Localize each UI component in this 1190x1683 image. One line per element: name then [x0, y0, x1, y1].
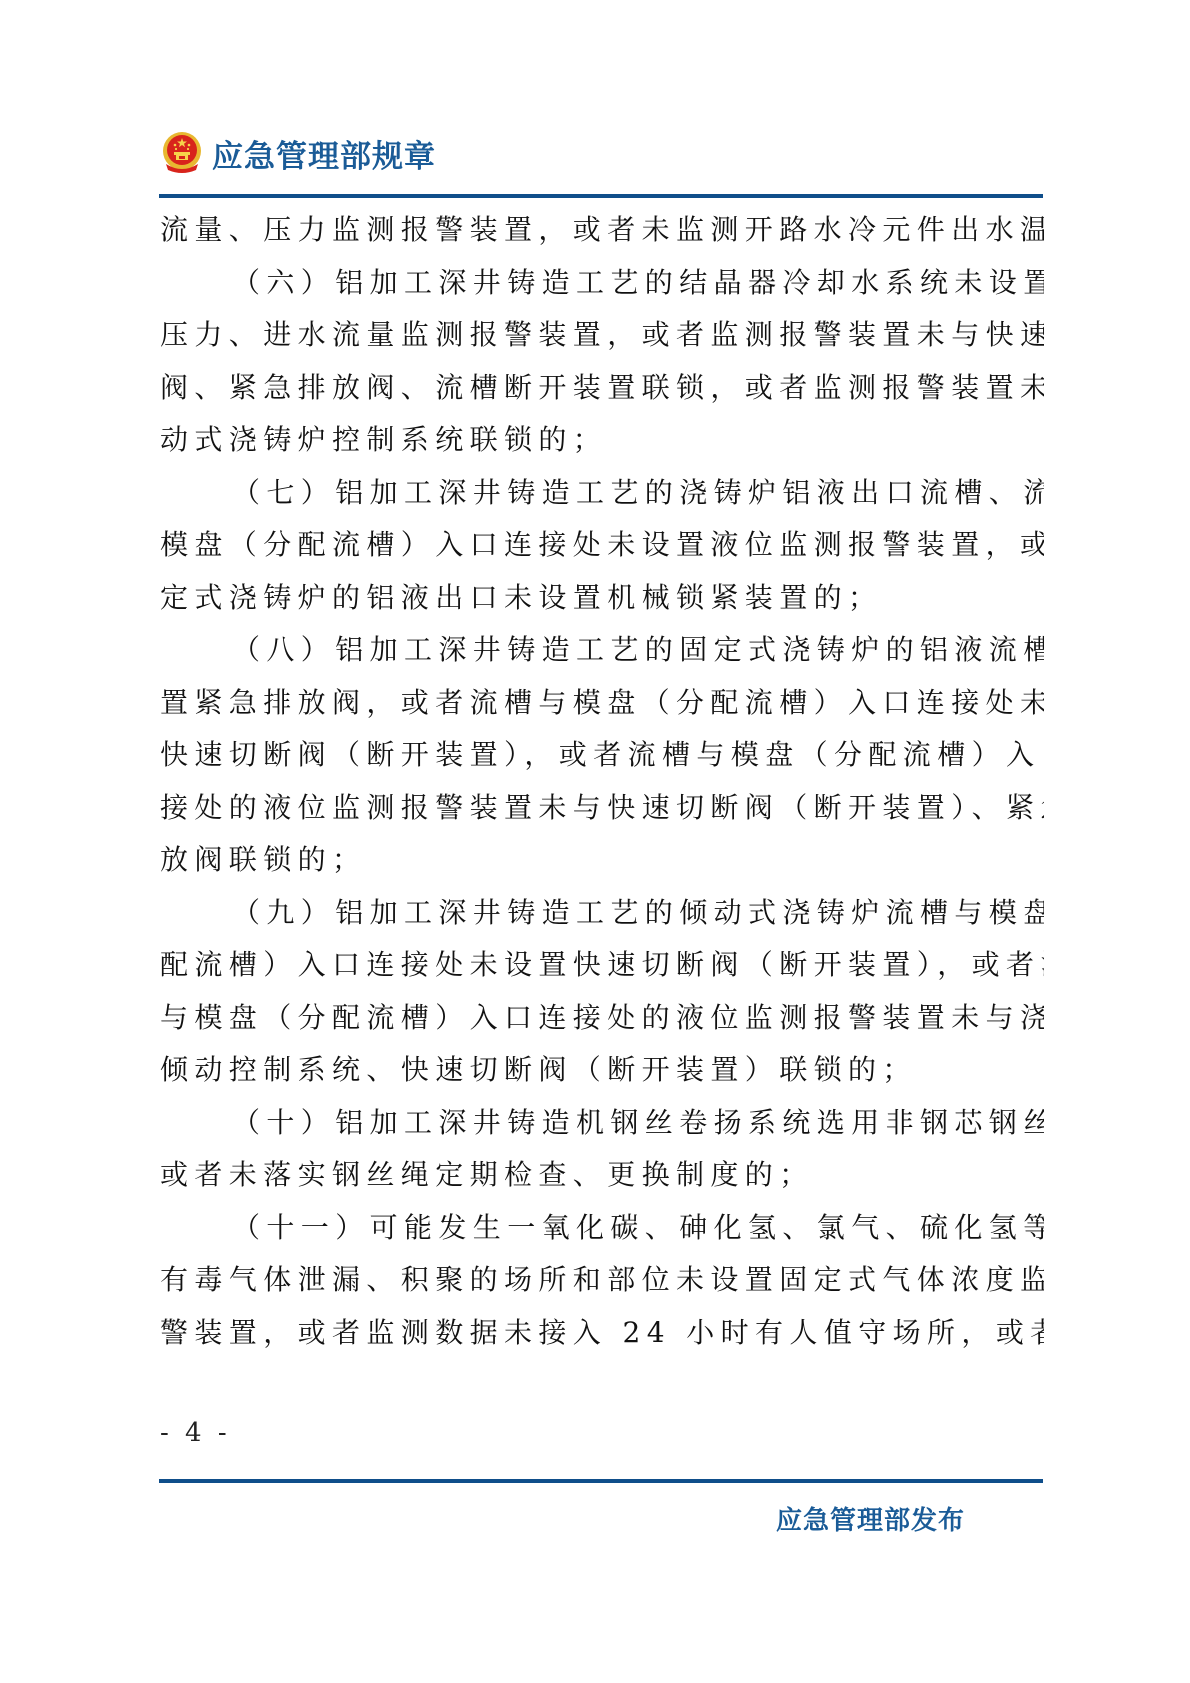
paragraph-line: 流量、压力监测报警装置，或者未监测开路水冷元件出水温度的；: [160, 204, 1044, 257]
paragraph-first-line: （七）铝加工深井铸造工艺的浇铸炉铝液出口流槽、流槽与: [160, 467, 1044, 520]
paragraph-line: 置紧急排放阀，或者流槽与模盘（分配流槽）入口连接处未设置: [160, 677, 1044, 730]
footer-divider: [159, 1479, 1043, 1483]
paragraph-line: 倾动控制系统、快速切断阀（断开装置）联锁的；: [160, 1044, 1044, 1097]
paragraph-first-line: （十一）可能发生一氧化碳、砷化氢、氯气、硫化氢等 4 种: [160, 1202, 1044, 1255]
paragraph-line: 警装置，或者监测数据未接入 24 小时有人值守场所，或者未对: [160, 1307, 1044, 1360]
paragraph-line: 放阀联锁的；: [160, 834, 1044, 887]
paragraph-first-line: （九）铝加工深井铸造工艺的倾动式浇铸炉流槽与模盘（分: [160, 887, 1044, 940]
document-header: 应急管理部规章: [160, 128, 436, 178]
paragraph-line: 配流槽）入口连接处未设置快速切断阀（断开装置），或者流槽: [160, 939, 1044, 992]
paragraph-line: 阀、紧急排放阀、流槽断开装置联锁，或者监测报警装置未与倾: [160, 362, 1044, 415]
paragraph-first-line: （八）铝加工深井铸造工艺的固定式浇铸炉的铝液流槽未设: [160, 624, 1044, 677]
document-body: 流量、压力监测报警装置，或者未监测开路水冷元件出水温度的；（六）铝加工深井铸造工…: [160, 204, 1044, 1359]
paragraph-line: 有毒气体泄漏、积聚的场所和部位未设置固定式气体浓度监测报: [160, 1254, 1044, 1307]
national-emblem-icon: [160, 130, 204, 176]
paragraph-line: 定式浇铸炉的铝液出口未设置机械锁紧装置的；: [160, 572, 1044, 625]
footer-publisher: 应急管理部发布: [776, 1500, 965, 1537]
paragraph-line: 或者未落实钢丝绳定期检查、更换制度的；: [160, 1149, 1044, 1202]
header-divider: [159, 194, 1043, 198]
page-number: - 4 -: [160, 1418, 231, 1448]
paragraph-first-line: （十）铝加工深井铸造机钢丝卷扬系统选用非钢芯钢丝绳，: [160, 1097, 1044, 1150]
paragraph-line: 接处的液位监测报警装置未与快速切断阀（断开装置）、紧急排: [160, 782, 1044, 835]
paragraph-line: 动式浇铸炉控制系统联锁的；: [160, 414, 1044, 467]
paragraph-first-line: （六）铝加工深井铸造工艺的结晶器冷却水系统未设置进水: [160, 257, 1044, 310]
paragraph-line: 压力、进水流量监测报警装置，或者监测报警装置未与快速切断: [160, 309, 1044, 362]
paragraph-line: 与模盘（分配流槽）入口连接处的液位监测报警装置未与浇铸炉: [160, 992, 1044, 1045]
header-title: 应急管理部规章: [212, 131, 436, 176]
paragraph-line: 模盘（分配流槽）入口连接处未设置液位监测报警装置，或者固: [160, 519, 1044, 572]
paragraph-line: 快速切断阀（断开装置），或者流槽与模盘（分配流槽）入口连: [160, 729, 1044, 782]
